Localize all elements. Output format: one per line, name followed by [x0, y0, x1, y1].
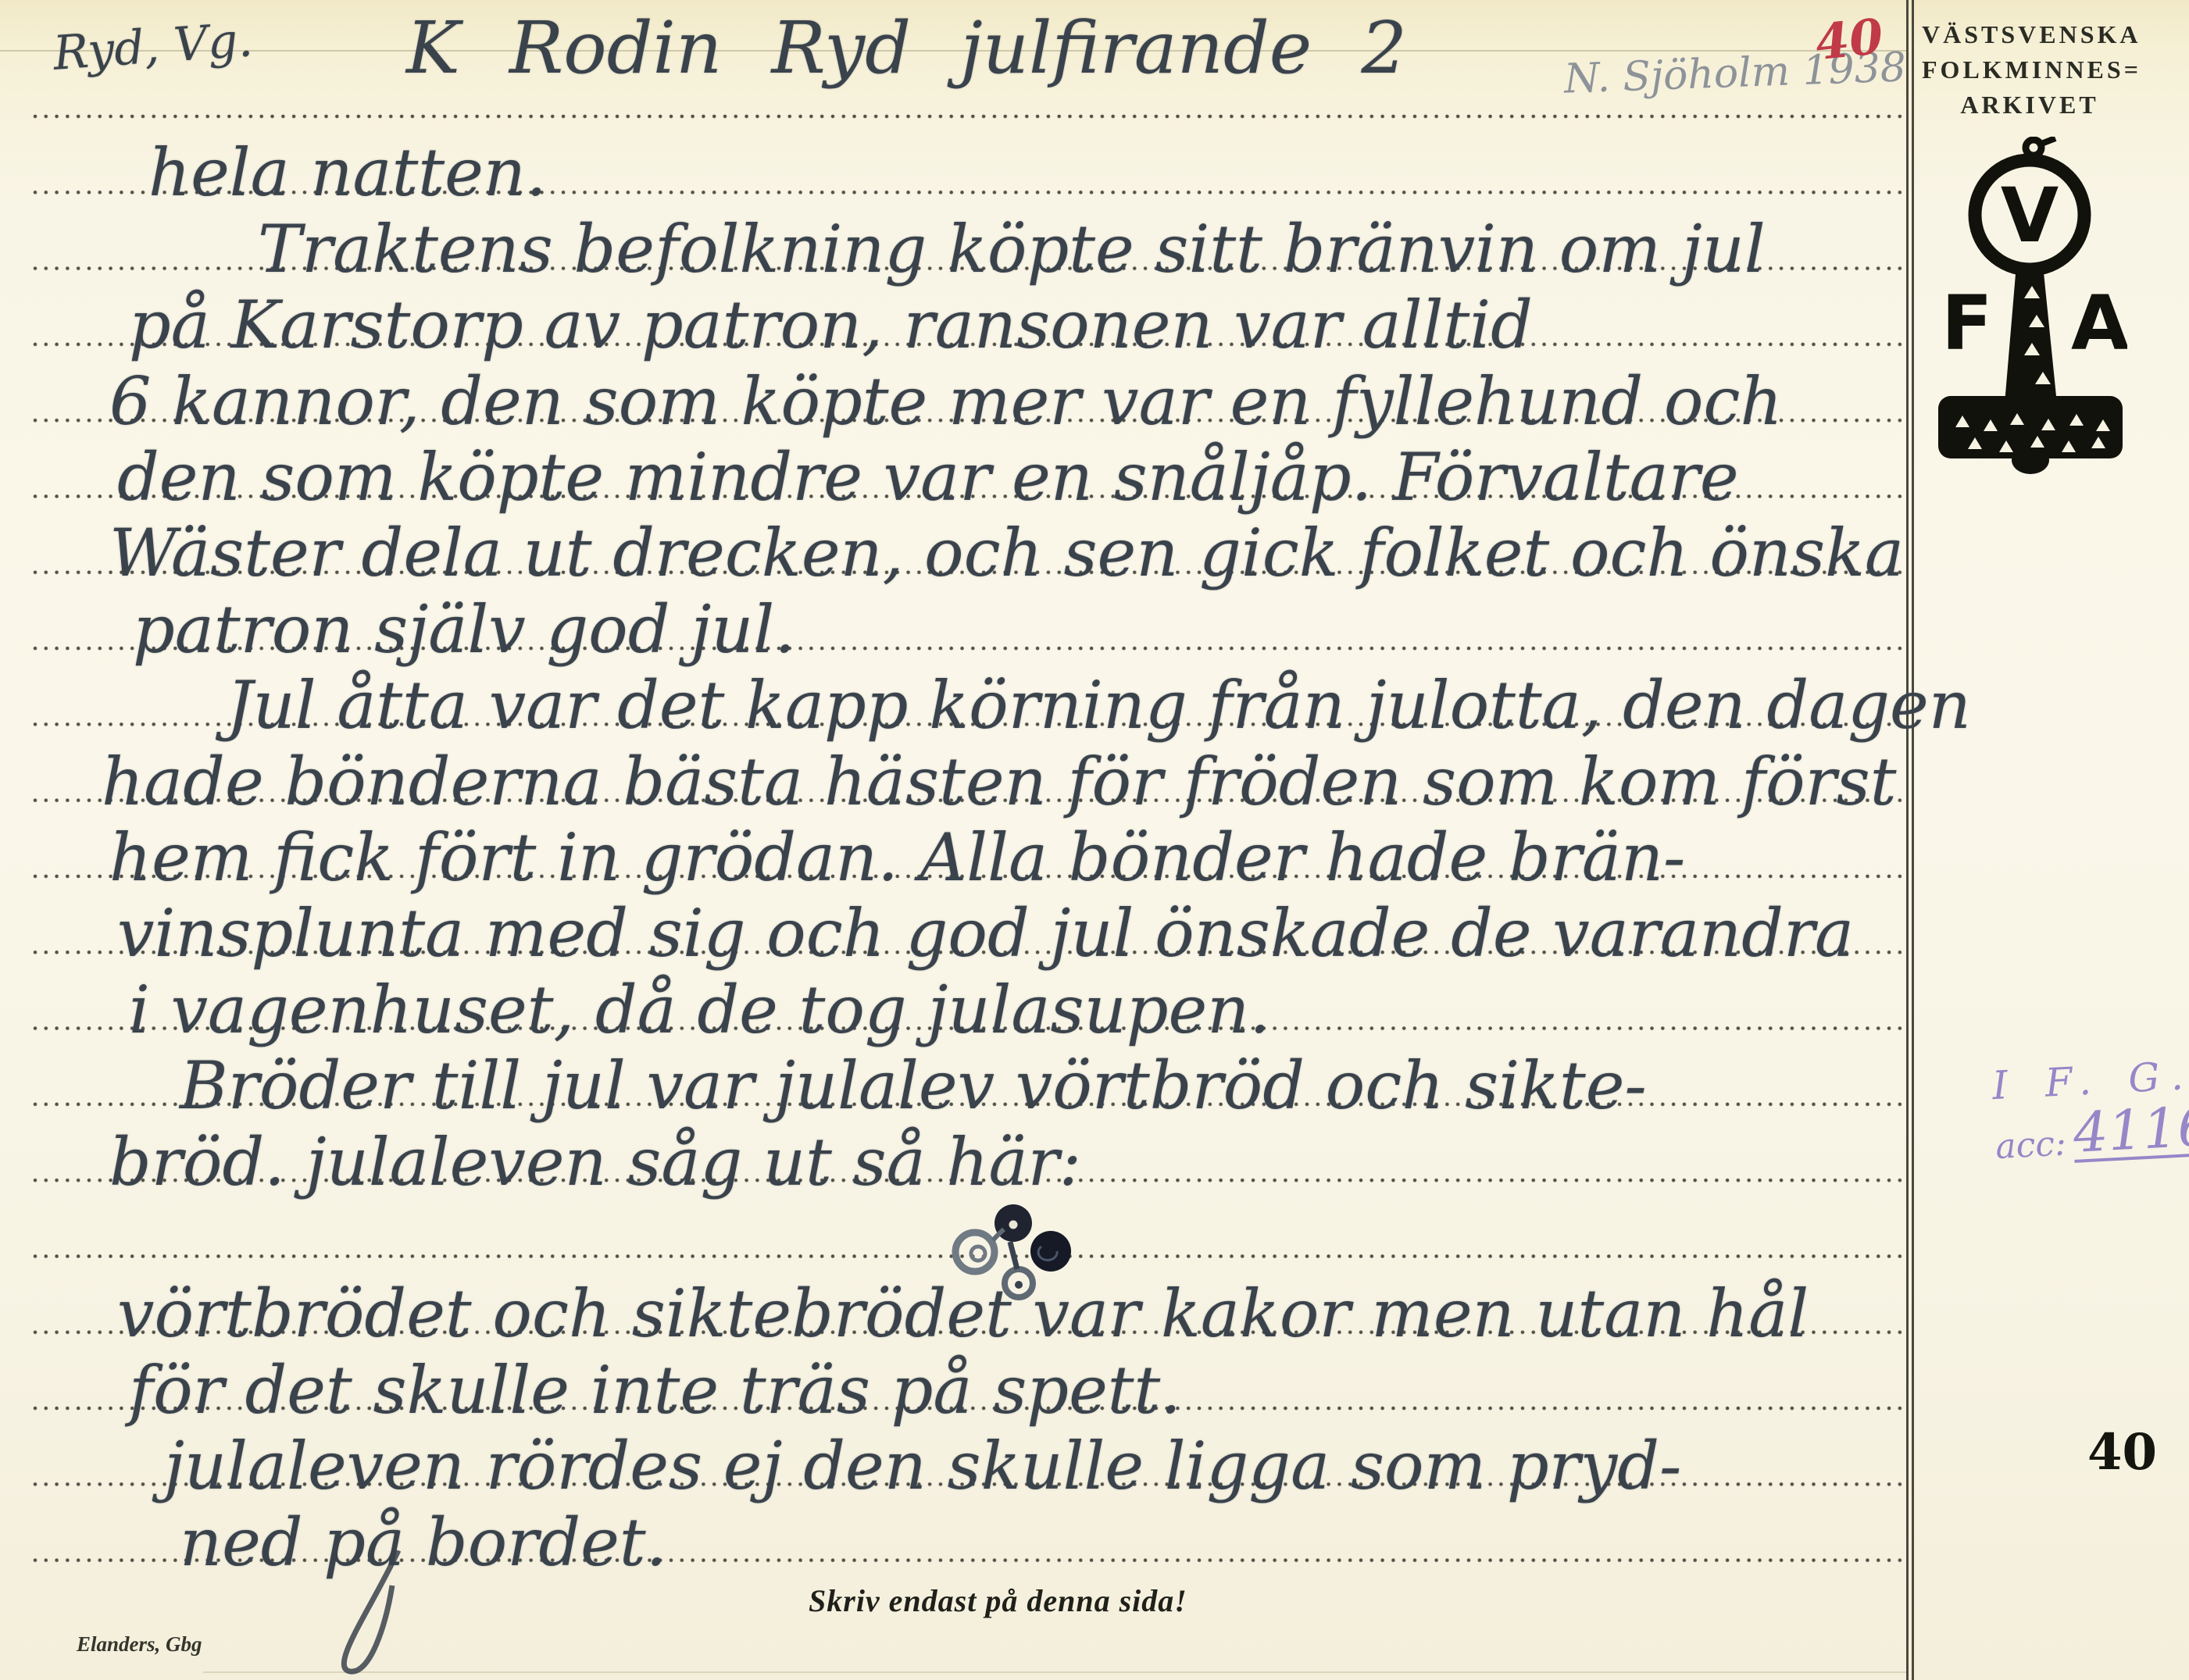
accession-stamp: I F. G. N acc: 4116	[1991, 1049, 2189, 1167]
margin-double-rule	[1906, 0, 1914, 1680]
place-label: Ryd, Vg.	[52, 16, 254, 77]
manuscript-line: Traktens befolkning köpte sitt bränvin o…	[258, 216, 1766, 282]
logo-letter-a: A	[2071, 280, 2127, 367]
archive-name: VÄSTSVENSKA FOLKMINNES= ARKIVET	[1922, 17, 2137, 123]
manuscript-page: Ryd, Vg. K Rodin Ryd julfirande 2 N. Sjö…	[0, 0, 2189, 1680]
footer-instruction: Skriv endast på denna sida!	[809, 1582, 1187, 1619]
red-folio-number: 40	[1813, 12, 1885, 68]
bottom-rule-line	[203, 1671, 1906, 1673]
manuscript-line: Wäster dela ut drecken, och sen gick fol…	[109, 520, 1904, 586]
archive-margin-block: VÄSTSVENSKA FOLKMINNES= ARKIVET V F A	[1922, 17, 2137, 487]
manuscript-line: Bröder till jul var julalev vörtbröd och…	[180, 1053, 1647, 1118]
archive-name-line3: ARKIVET	[1922, 87, 2137, 123]
archive-name-line1: VÄSTSVENSKA	[1922, 17, 2137, 52]
manuscript-line: i vagenhuset, då de tog julasupen.	[129, 977, 1270, 1043]
manuscript-line: vinsplunta med sig och god jul önskade d…	[117, 901, 1854, 966]
manuscript-line: hela natten.	[148, 140, 547, 205]
julalev-drawing	[941, 1193, 1078, 1322]
manuscript-line: 6 kannor, den som köpte mer var en fylle…	[109, 369, 1783, 434]
pen-flourish	[305, 1550, 437, 1675]
manuscript-line: julaleven rördes ej den skulle ligga som…	[164, 1433, 1681, 1499]
accession-label: acc:	[1994, 1123, 2067, 1167]
manuscript-line: patron själv god jul.	[133, 597, 795, 662]
manuscript-line: hade bönderna bästa hästen för fröden so…	[102, 749, 1897, 815]
manuscript-line: för det skulle inte träs på spett.	[129, 1357, 1181, 1423]
manuscript-line: Jul åtta var det kapp körning från julot…	[227, 672, 1971, 738]
printer-mark: Elanders, Gbg	[77, 1632, 202, 1657]
manuscript-line: bröd. julaleven såg ut så här:	[109, 1129, 1081, 1195]
manuscript-line: på Karstorp av patron, ransonen var allt…	[129, 292, 1533, 358]
manuscript-line: hem fick fört in grödan. Alla bönder had…	[109, 825, 1685, 890]
archive-name-line2: FOLKMINNES=	[1922, 52, 2137, 87]
accession-number: 4116	[2072, 1100, 2189, 1162]
manuscript-line: den som köpte mindre var en snåljåp. För…	[117, 444, 1739, 510]
page-title: K Rodin Ryd julfirande 2	[406, 12, 1407, 84]
logo-letter-v: V	[2001, 172, 2059, 259]
thors-hammer-logo: V F A	[1932, 137, 2127, 483]
page-number: 40	[2087, 1423, 2157, 1482]
logo-letter-f: F	[1941, 280, 1993, 367]
